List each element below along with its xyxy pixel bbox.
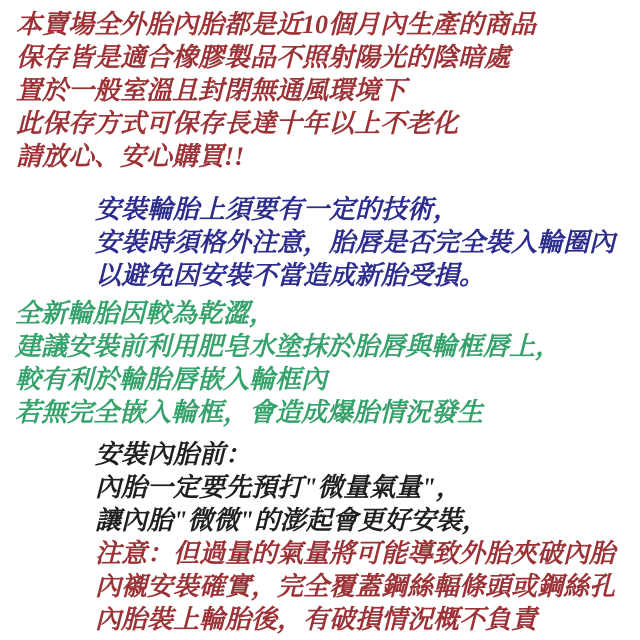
install-line-1: 安裝輪胎上須要有一定的技術， <box>95 193 640 226</box>
storage-line-4: 此保存方式可保存長達十年以上不老化 <box>16 107 640 140</box>
newtire-line-2: 建議安裝前利用肥皂水塗抹於胎唇與輪框唇上， <box>15 330 640 363</box>
inner-tube-warning: 注意：但過量的氣量將可能導致外胎夾破內胎 內襯安裝確實，完全覆蓋鋼絲輻條頭或鋼絲… <box>95 537 640 636</box>
newtire-line-3: 較有利於輪胎唇嵌入輪框內 <box>15 363 640 396</box>
innertube-line-3: 讓內胎"微微"的澎起會更好安裝， <box>95 504 640 537</box>
newtire-line-1: 全新輪胎因較為乾澀， <box>15 297 640 330</box>
storage-info-paragraph: 本賣場全外胎內胎都是近10個月內生產的商品 保存皆是適合橡膠製品不照射陽光的陰暗… <box>16 8 640 173</box>
inner-tube-paragraph: 安裝內胎前： 內胎一定要先預打"微量氣量"， 讓內胎"微微"的澎起會更好安裝， … <box>95 438 640 636</box>
install-line-3: 以避免因安裝不當造成新胎受損。 <box>95 259 640 292</box>
install-line-2: 安裝時須格外注意，胎唇是否完全裝入輪圈內 <box>95 226 640 259</box>
innertube-warning-line-1: 注意：但過量的氣量將可能導致外胎夾破內胎 <box>95 537 640 570</box>
storage-line-5: 請放心、安心購買!! <box>16 140 640 173</box>
innertube-warning-line-3: 內胎裝上輪胎後，有破損情況概不負責 <box>95 603 640 636</box>
inner-tube-instructions: 安裝內胎前： 內胎一定要先預打"微量氣量"， 讓內胎"微微"的澎起會更好安裝， <box>95 438 640 537</box>
innertube-line-1: 安裝內胎前： <box>95 438 640 471</box>
innertube-line-2: 內胎一定要先預打"微量氣量"， <box>95 471 640 504</box>
storage-line-3: 置於一般室溫且封閉無通風環境下 <box>16 74 640 107</box>
storage-line-1: 本賣場全外胎內胎都是近10個月內生產的商品 <box>16 8 640 41</box>
listing-description-page: 本賣場全外胎內胎都是近10個月內生產的商品 保存皆是適合橡膠製品不照射陽光的陰暗… <box>0 0 640 640</box>
new-tire-advice-paragraph: 全新輪胎因較為乾澀， 建議安裝前利用肥皂水塗抹於胎唇與輪框唇上， 較有利於輪胎唇… <box>15 297 640 429</box>
storage-line-2: 保存皆是適合橡膠製品不照射陽光的陰暗處 <box>16 41 640 74</box>
innertube-warning-line-2: 內襯安裝確實，完全覆蓋鋼絲輻條頭或鋼絲孔 <box>95 570 640 603</box>
tire-install-paragraph: 安裝輪胎上須要有一定的技術， 安裝時須格外注意，胎唇是否完全裝入輪圈內 以避免因… <box>95 193 640 292</box>
newtire-line-4: 若無完全嵌入輪框，會造成爆胎情況發生 <box>15 396 640 429</box>
